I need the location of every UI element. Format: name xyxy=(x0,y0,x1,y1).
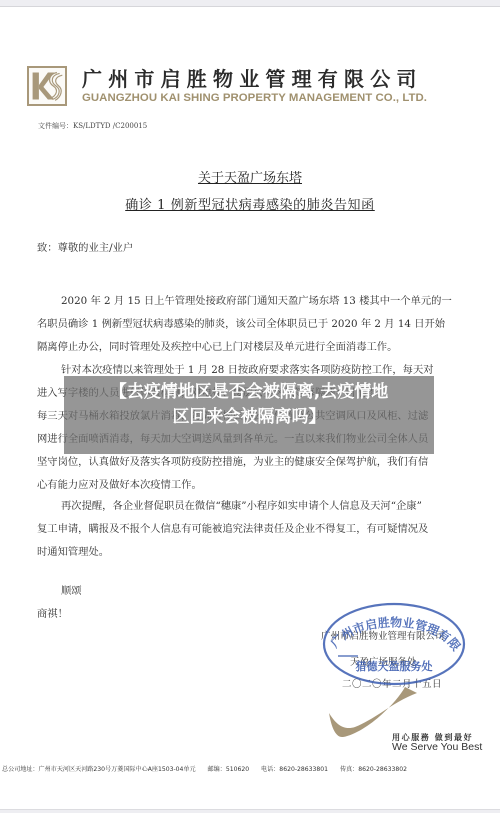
document-title-line1: 关于天盈广场东塔 xyxy=(0,167,500,186)
paragraph-3-line: 再次提醒，各企业督促职员在微信“穗康”小程序如实申请个人信息及天河“企康” xyxy=(61,497,422,512)
file-number-value: KS/LDTYD /C200015 xyxy=(73,122,147,130)
paragraph-2-line: 坚守岗位，认真做好及落实各项防疫防控措施，为业主的健康安全保驾护航，我们有信 xyxy=(37,453,428,468)
document-title-line2: 确诊 1 例新型冠状病毒感染的肺炎告知函 xyxy=(0,194,500,213)
closing-line-2: 商祺！ xyxy=(37,605,68,620)
salutation: 致：尊敬的业主/业户 xyxy=(37,239,133,254)
paragraph-3-line: 复工申请，瞒报及不报个人信息有可能被追究法律责任及企业不得复工，有可疑情况及 xyxy=(37,520,428,535)
ks-logo-icon xyxy=(29,68,65,104)
svg-text:猎德天盈服务处: 猎德天盈服务处 xyxy=(355,659,433,673)
company-name-en: GUANGZHOU KAI SHING PROPERTY MANAGEMENT … xyxy=(82,92,482,104)
footer-contact: 总公司地址：广州市天河区天河路230号万菱国际中心A座1503-04单元 邮编：… xyxy=(2,764,500,773)
svg-text:广州市启胜物业管理有限公司: 广州市启胜物业管理有限公司 xyxy=(320,600,463,654)
paragraph-3-line: 时通知管理处。 xyxy=(37,543,109,558)
footer-fax: 传真：8620-28633802 xyxy=(340,766,407,773)
footer-address: 总公司地址：广州市天河区天河路230号万菱国际中心A座1503-04单元 xyxy=(2,766,196,773)
paragraph-1-line: 名职员确诊 1 例新型冠状病毒感染的肺炎，该公司全体职员已于 2020 年 2 … xyxy=(37,315,445,330)
file-number: 文件编号：KS/LDTYD /C200015 xyxy=(38,121,147,131)
footer-postcode: 邮编：510620 xyxy=(208,766,250,773)
file-number-label: 文件编号： xyxy=(38,122,73,130)
footer-phone: 电话：8620-28633801 xyxy=(261,766,328,773)
caption-line-2: 区回来会被隔离吗】 xyxy=(64,405,434,430)
viewer-bottom-edge xyxy=(0,809,500,813)
slogan-en: We Serve You Best xyxy=(392,741,482,753)
paragraph-2-line: 心有能力应对及做好本次疫情工作。 xyxy=(37,476,202,491)
company-seal-stamp-icon: 广州市启胜物业管理有限公司 猎德天盈服务处 xyxy=(320,600,468,688)
caption-line-1: 【去疫情地区是否会被隔离,去疫情地 xyxy=(64,380,434,405)
closing-line-1: 顺颂 xyxy=(61,582,82,597)
viewer-top-edge xyxy=(0,0,500,7)
paragraph-2-line: 针对本次疫情以来管理处于 1 月 28 日按政府要求落实各项防疫防控工作，每天对 xyxy=(61,361,434,376)
company-logo xyxy=(27,66,67,106)
company-name-cn: 广州市启胜物业管理有限公司 xyxy=(82,63,482,92)
paragraph-1-line: 2020 年 2 月 15 日上午管理处接政府部门通知天盈广场东塔 13 楼其中… xyxy=(61,292,452,307)
caption-overlay: 【去疫情地区是否会被隔离,去疫情地 区回来会被隔离吗】 xyxy=(64,380,434,430)
paragraph-1-line: 隔离停止办公，同时管理处及疾控中心已上门对楼层及单元进行全面消毒工作。 xyxy=(37,338,397,353)
